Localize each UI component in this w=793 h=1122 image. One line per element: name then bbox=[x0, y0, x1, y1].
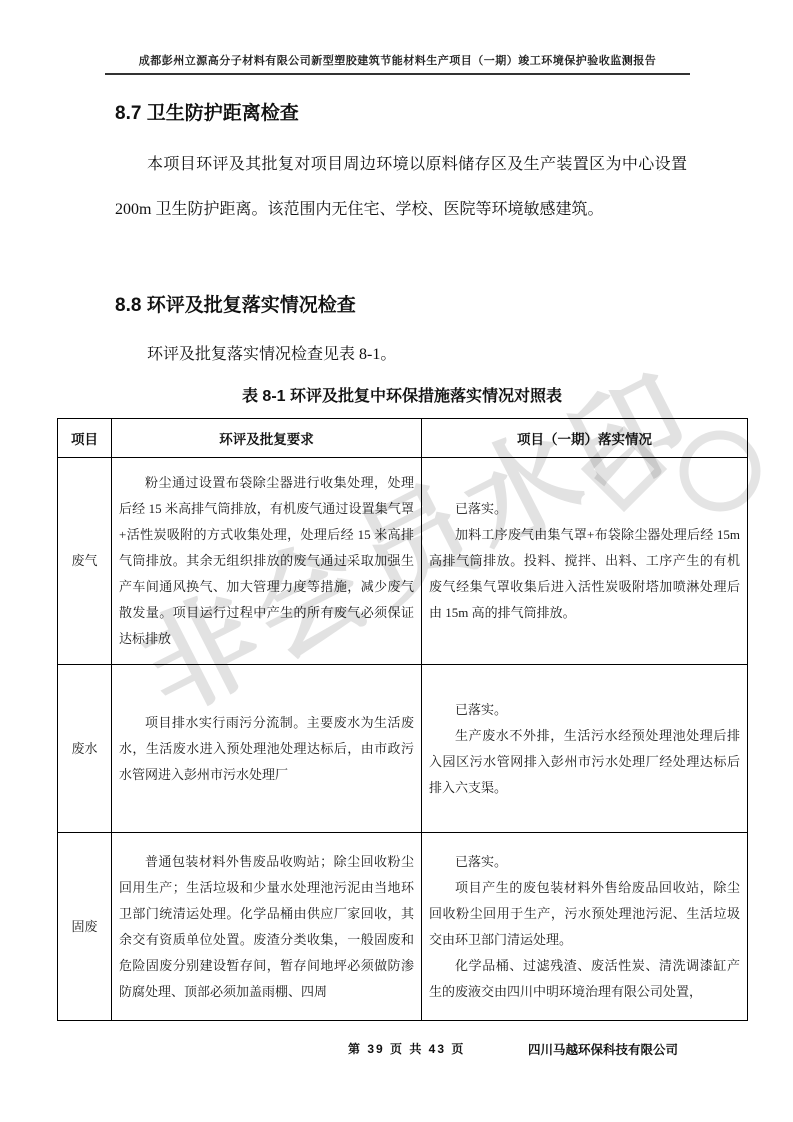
document-header-title: 成都彭州立源高分子材料有限公司新型塑胶建筑节能材料生产项目（一期）竣工环境保护验… bbox=[105, 52, 690, 75]
table-row-waste-water: 废水 项目排水实行雨污分流制。主要废水为生活废水，生活废水进入预处理池处理达标后… bbox=[58, 665, 748, 833]
table-header-row: 项目 环评及批复要求 项目（一期）落实情况 bbox=[58, 419, 748, 458]
category-label: 固废 bbox=[58, 833, 112, 1021]
implementation-paragraph: 化学品桶、过滤残渣、废活性炭、清洗调漆缸产生的废液交由四川中明环境治理有限公司处… bbox=[429, 953, 740, 1005]
requirement-paragraph: 普通包装材料外售废品收购站；除尘回收粉尘回用生产；生活垃圾和少量水处理池污泥由当… bbox=[119, 849, 414, 1005]
implementation-cell: 已落实。 项目产生的废包装材料外售给废品回收站，除尘回收粉尘回用于生产，污水预处… bbox=[422, 833, 748, 1021]
header-cell-category: 项目 bbox=[58, 419, 112, 458]
requirement-paragraph: 粉尘通过设置布袋除尘器进行收集处理，处理后经 15 米高排气筒排放，有机废气通过… bbox=[119, 470, 414, 652]
footer-company-name: 四川马越环保科技有限公司 bbox=[528, 1040, 678, 1058]
section-heading-8-8: 8.8 环评及批复落实情况检查 bbox=[115, 290, 356, 317]
header-cell-implementation: 项目（一期）落实情况 bbox=[422, 419, 748, 458]
requirement-cell: 项目排水实行雨污分流制。主要废水为生活废水，生活废水进入预处理池处理达标后，由市… bbox=[112, 665, 422, 833]
header-cell-requirement: 环评及批复要求 bbox=[112, 419, 422, 458]
implementation-paragraph: 已落实。 bbox=[429, 849, 740, 875]
table-row-waste-gas: 废气 粉尘通过设置布袋除尘器进行收集处理，处理后经 15 米高排气筒排放，有机废… bbox=[58, 458, 748, 665]
implementation-paragraph: 已落实。 bbox=[429, 496, 740, 522]
implementation-paragraph: 加料工序废气由集气罩+布袋除尘器处理后经 15m 高排气筒排放。投料、搅拌、出料… bbox=[429, 522, 740, 626]
section-heading-8-7: 8.7 卫生防护距离检查 bbox=[115, 98, 299, 125]
requirement-cell: 普通包装材料外售废品收购站；除尘回收粉尘回用生产；生活垃圾和少量水处理池污泥由当… bbox=[112, 833, 422, 1021]
implementation-paragraph: 已落实。 bbox=[429, 697, 740, 723]
implementation-paragraph: 生产废水不外排，生活污水经预处理池处理后排入园区污水管网排入彭州市污水处理厂经处… bbox=[429, 723, 740, 801]
category-label: 废水 bbox=[58, 665, 112, 833]
category-label: 废气 bbox=[58, 458, 112, 665]
table-caption: 表 8-1 环评及批复中环保措施落实情况对照表 bbox=[57, 383, 747, 406]
requirement-paragraph: 项目排水实行雨污分流制。主要废水为生活废水，生活废水进入预处理池处理达标后，由市… bbox=[119, 710, 414, 788]
implementation-cell: 已落实。 加料工序废气由集气罩+布袋除尘器处理后经 15m 高排气筒排放。投料、… bbox=[422, 458, 748, 665]
footer-page-info: 第 39 页 共 43 页 bbox=[348, 1040, 465, 1057]
section-8-8-paragraph: 环评及批复落实情况检查见表 8-1。 bbox=[115, 332, 687, 377]
implementation-cell: 已落实。 生产废水不外排，生活污水经预处理池处理后排入园区污水管网排入彭州市污水… bbox=[422, 665, 748, 833]
comparison-table: 项目 环评及批复要求 项目（一期）落实情况 废气 粉尘通过设置布袋除尘器进行收集… bbox=[57, 418, 748, 1021]
table-row-solid-waste: 固废 普通包装材料外售废品收购站；除尘回收粉尘回用生产；生活垃圾和少量水处理池污… bbox=[58, 833, 748, 1021]
comparison-table-wrapper: 项目 环评及批复要求 项目（一期）落实情况 废气 粉尘通过设置布袋除尘器进行收集… bbox=[57, 418, 748, 1021]
section-8-7-paragraph: 本项目环评及其批复对项目周边环境以原料储存区及生产装置区为中心设置 200m 卫… bbox=[115, 142, 687, 232]
implementation-paragraph: 项目产生的废包装材料外售给废品回收站，除尘回收粉尘回用于生产，污水预处理池污泥、… bbox=[429, 875, 740, 953]
requirement-cell: 粉尘通过设置布袋除尘器进行收集处理，处理后经 15 米高排气筒排放，有机废气通过… bbox=[112, 458, 422, 665]
